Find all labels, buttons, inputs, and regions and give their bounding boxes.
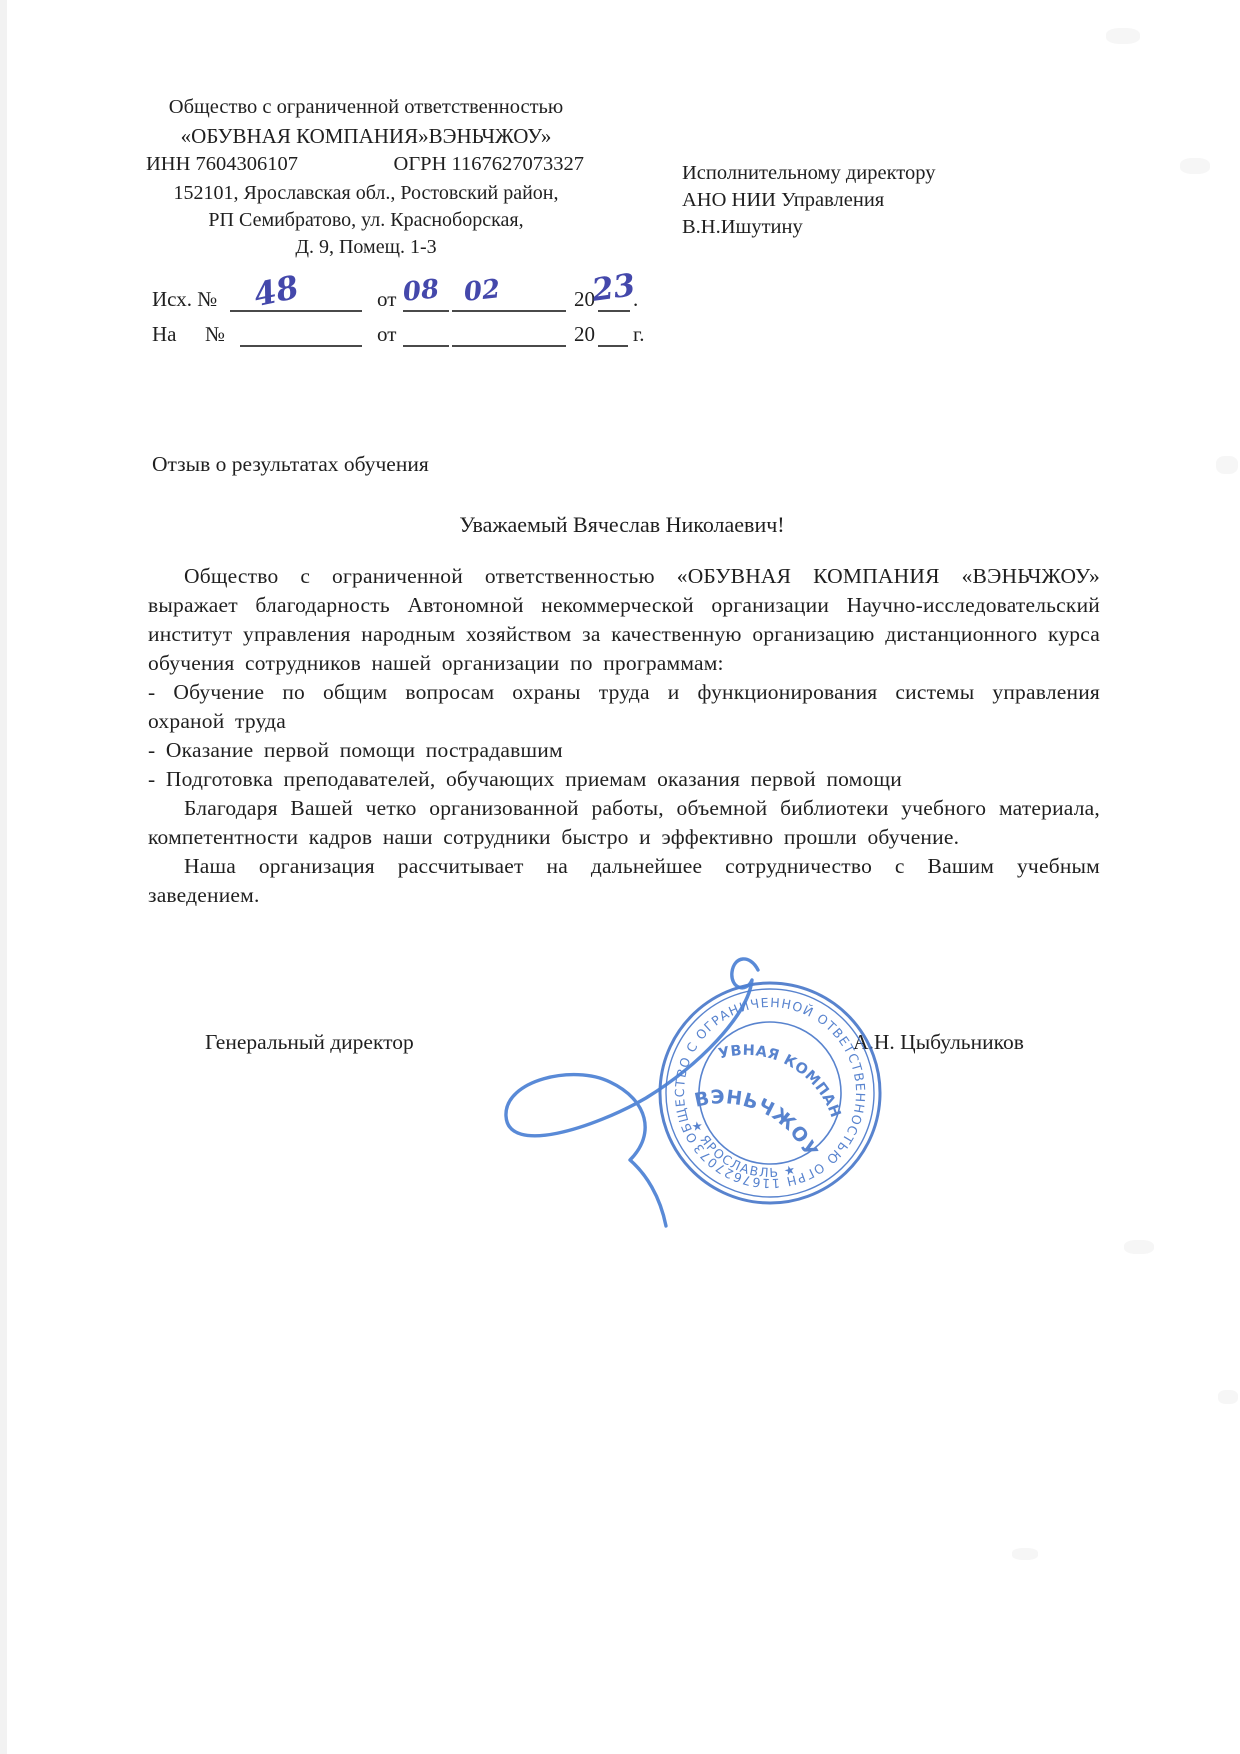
ref-incoming-from-label: от <box>377 322 396 347</box>
ref-incoming-g: г. <box>633 322 645 347</box>
ref-incoming-year: 20 <box>574 322 595 347</box>
ref-date-day-handwritten: 08 <box>402 274 441 308</box>
ref-outgoing-label: Исх. № <box>152 287 217 312</box>
scan-edge-band <box>0 0 7 1754</box>
addressee-organization: АНО НИИ Управления <box>682 187 935 214</box>
ref-incoming-month-line <box>452 343 566 347</box>
ref-incoming-no: № <box>205 322 225 347</box>
scanned-letter-page: Общество с ограниченной ответственностью… <box>0 0 1240 1754</box>
letterhead-registration-row: ИНН 7604306107 ОГРН 1167627073327 <box>146 153 584 176</box>
scan-artifact <box>1106 28 1140 44</box>
ref-date-day-line <box>403 308 449 312</box>
addressee-position: Исполнительному директору <box>682 160 935 187</box>
letterhead-ogrn: ОГРН 1167627073327 <box>394 153 584 176</box>
ref-year-handwritten: 23 <box>590 267 638 309</box>
letterhead-company-type: Общество с ограниченной ответственностью <box>134 96 598 119</box>
scan-artifact <box>1218 1390 1238 1404</box>
scan-artifact <box>1216 456 1238 474</box>
ref-outgoing-number-line <box>230 308 362 312</box>
letterhead-company-name: «ОБУВНАЯ КОМПАНИЯ»ВЭНЬЧЖОУ» <box>134 124 598 149</box>
scan-artifact <box>1012 1548 1038 1560</box>
director-signature <box>478 928 818 1258</box>
addressee-person: В.Н.Ишутину <box>682 214 935 241</box>
greeting-line: Уважаемый Вячеслав Николаевич! <box>148 512 1096 538</box>
paragraph-gratitude: Общество с ограниченной ответственностью… <box>148 562 1100 678</box>
letterhead-address-line3: Д. 9, Помещ. 1-3 <box>134 236 598 259</box>
paragraph-results: Благодаря Вашей четко организованной раб… <box>148 794 1100 852</box>
letterhead-address-line2: РП Семибратово, ул. Красноборская, <box>134 209 598 232</box>
letterhead-address-line1: 152101, Ярославская обл., Ростовский рай… <box>134 182 598 205</box>
program-item-1: - Обучение по общим вопросам охраны труд… <box>148 678 1100 736</box>
signatory-title: Генеральный директор <box>205 1030 414 1055</box>
scan-artifact <box>1180 158 1210 174</box>
addressee-block: Исполнительному директору АНО НИИ Управл… <box>682 160 935 241</box>
ref-date-month-line <box>452 308 566 312</box>
ref-year-line <box>598 308 630 312</box>
ref-outgoing-from-label: от <box>377 287 396 312</box>
ref-incoming-day-line <box>403 343 449 347</box>
ref-incoming-line: На № от 20 г. <box>152 315 712 351</box>
letter-body: Общество с ограниченной ответственностью… <box>148 562 1100 910</box>
program-item-2: - Оказание первой помощи пострадавшим <box>148 736 1100 765</box>
subject-line: Отзыв о результатах обучения <box>152 452 429 477</box>
program-item-3: - Подготовка преподавателей, обучающих п… <box>148 765 1100 794</box>
ref-outgoing-dot: . <box>633 287 638 312</box>
ref-date-month-handwritten: 02 <box>463 274 502 308</box>
ref-incoming-number-line <box>240 343 362 347</box>
ref-outgoing-line: Исх. № 48 от 08 02 20 23 . <box>152 280 712 316</box>
scan-artifact <box>1124 1240 1154 1254</box>
ref-incoming-na: На <box>152 322 177 347</box>
paragraph-cooperation: Наша организация рассчитывает на дальней… <box>148 852 1100 910</box>
letterhead-inn: ИНН 7604306107 <box>146 153 298 176</box>
ref-incoming-year-line <box>598 343 628 347</box>
